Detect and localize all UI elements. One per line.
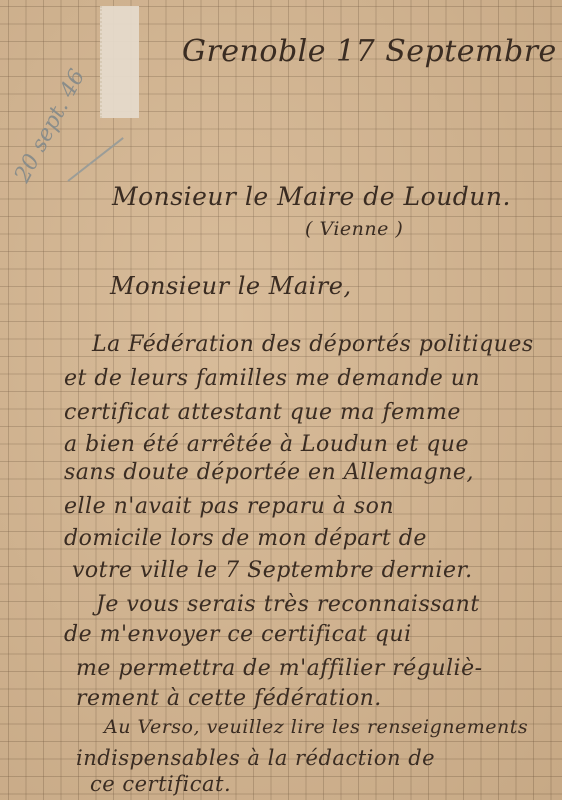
- body-line: Au Verso, veuillez lire les renseignemen…: [104, 716, 528, 738]
- addressee-line-1: Monsieur le Maire de Loudun.: [112, 182, 511, 211]
- body-line: indispensables à la rédaction de: [76, 746, 435, 770]
- body-line: de m'envoyer ce certificat qui: [64, 622, 412, 647]
- body-line: Je vous serais très reconnaissant: [96, 592, 480, 617]
- body-line: La Fédération des déportés politiques: [92, 332, 534, 357]
- body-line: rement à cette fédération.: [76, 686, 382, 711]
- place-date-heading: Grenoble 17 Septembre 46: [182, 34, 562, 69]
- body-line: a bien été arrêtée à Loudun et que: [64, 432, 469, 457]
- body-line: ce certificat.: [90, 772, 231, 796]
- body-line: elle n'avait pas reparu à son: [64, 494, 394, 519]
- body-line: domicile lors de mon départ de: [64, 526, 427, 551]
- body-line: votre ville le 7 Septembre dernier.: [72, 558, 473, 583]
- salutation: Monsieur le Maire,: [110, 272, 352, 300]
- body-line: certificat attestant que ma femme: [64, 400, 461, 425]
- body-line: sans doute déportée en Allemagne,: [64, 460, 474, 485]
- body-line: et de leurs familles me demande un: [64, 366, 480, 391]
- body-line: me permettra de m'affilier réguliè-: [76, 656, 483, 681]
- adhesive-tape-strip: [100, 6, 139, 118]
- addressee-line-2: ( Vienne ): [305, 218, 403, 240]
